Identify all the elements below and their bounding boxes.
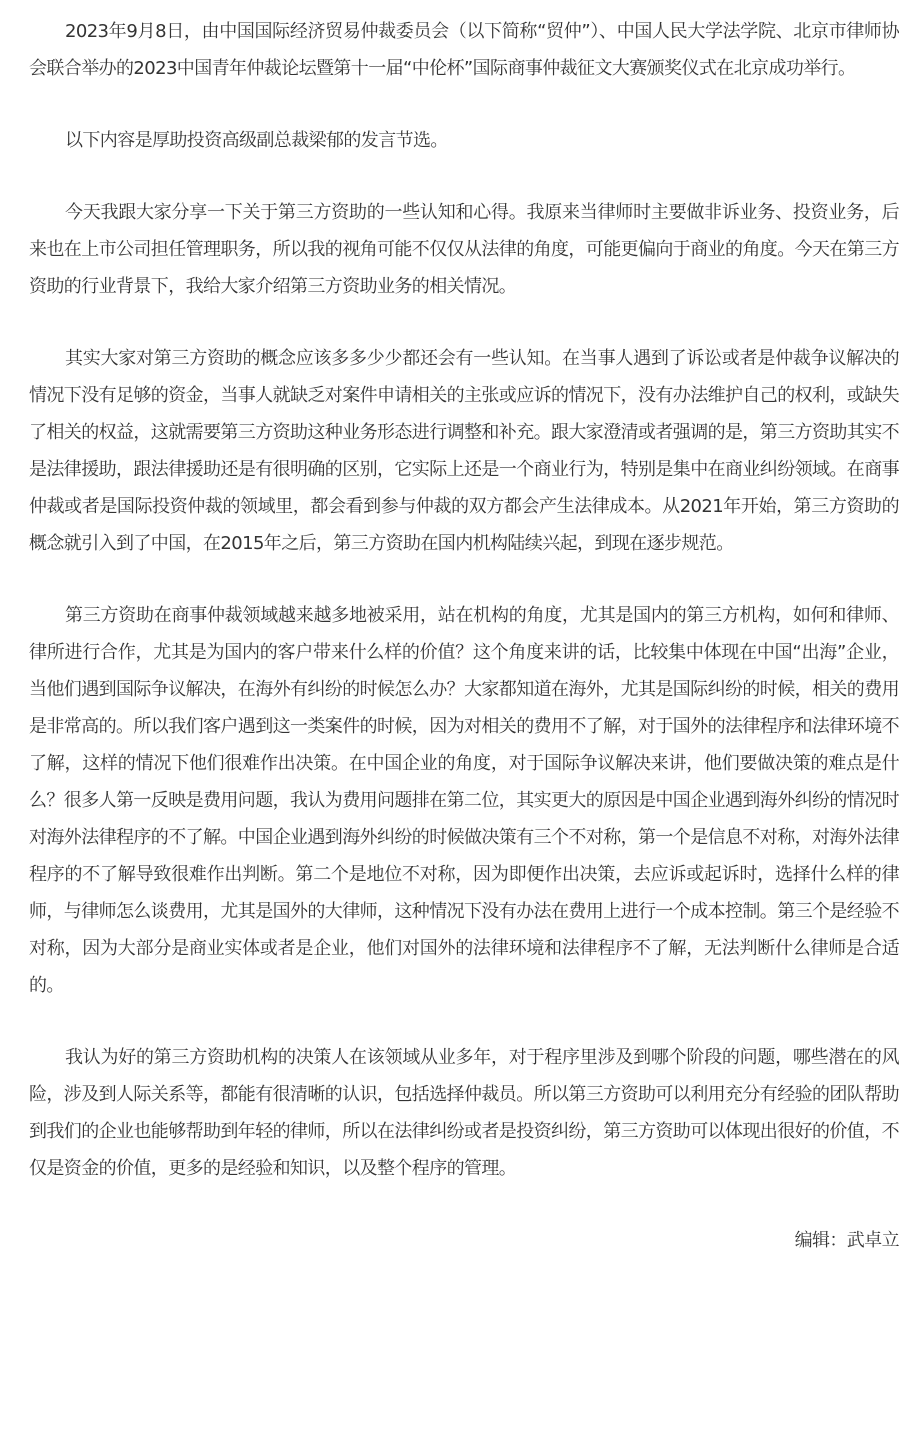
editor-credit: 编辑：武卓立 xyxy=(29,1222,899,1259)
paragraph-speaker-intro: 以下内容是厚助投资高级副总裁梁郁的发言节选。 xyxy=(29,122,899,159)
paragraph-tpf-concept: 其实大家对第三方资助的概念应该多多少少都还会有一些认知。在当事人遇到了诉讼或者是… xyxy=(29,340,899,562)
paragraph-tpf-value: 第三方资助在商事仲裁领域越来越多地被采用，站在机构的角度，尤其是国内的第三方机构… xyxy=(29,597,899,1004)
paragraph-event-intro: 2023年9月8日，由中国国际经济贸易仲裁委员会（以下简称“贸仲”）、中国人民大… xyxy=(29,13,899,87)
article-body: 2023年9月8日，由中国国际经济贸易仲裁委员会（以下简称“贸仲”）、中国人民大… xyxy=(29,0,899,1259)
paragraph-speech-opening: 今天我跟大家分享一下关于第三方资助的一些认知和心得。我原来当律师时主要做非诉业务… xyxy=(29,194,899,305)
paragraph-tpf-conclusion: 我认为好的第三方资助机构的决策人在该领域从业多年，对于程序里涉及到哪个阶段的问题… xyxy=(29,1039,899,1187)
